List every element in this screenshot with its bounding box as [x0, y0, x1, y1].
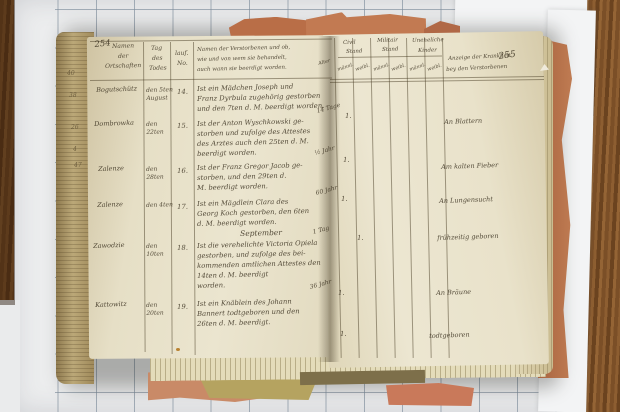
header-group-civil: Civil: [343, 40, 356, 46]
header-group-uneheliche: Kinder: [418, 48, 437, 54]
header-group-uneheliche: Uneheliche: [412, 37, 444, 44]
header-group-militair: Stand: [382, 47, 398, 53]
row-text-line: worden.: [197, 280, 225, 291]
row-text-line: d. M. beerdigt worden.: [197, 217, 277, 229]
row-place: Kattowitz: [95, 300, 127, 309]
fore-edge-number: 26: [71, 124, 79, 131]
fore-edge-number: 4: [73, 146, 77, 153]
month-divider: September: [240, 228, 282, 238]
row-text-line: 26ten d. M. beerdigt.: [197, 317, 271, 329]
row-place: Zawodzie: [93, 241, 125, 250]
row-date: den 4ten: [146, 201, 174, 210]
header-group-civil: Stand: [346, 49, 362, 55]
row-remark: An Blattern: [444, 117, 482, 126]
wooden-table-left-edge: [0, 0, 15, 305]
grid-mat-lower-left: [0, 300, 20, 412]
rust-stain-on-page: [176, 348, 180, 351]
row-tally: 1.: [340, 329, 347, 339]
torn-cover-bottom-right: [386, 383, 474, 406]
row-place: Zalenze: [97, 200, 123, 209]
row-place: Bogutschütz: [96, 85, 137, 94]
row-number: 17.: [177, 202, 188, 212]
row-date: den 20ten: [146, 301, 174, 318]
row-text-line: 14ten d. M. beerdigt: [197, 269, 268, 281]
row-tally: 1.: [357, 233, 364, 243]
header-no-line: lauf.: [175, 50, 188, 57]
row-place: Dombrowka: [94, 119, 134, 128]
row-place: Zalenze: [98, 164, 124, 173]
row-number: 19.: [177, 302, 188, 312]
header-date-line: des: [152, 55, 163, 62]
row-number: 16.: [177, 166, 188, 176]
header-place-line: Namen: [112, 42, 134, 50]
header-group-militair: Militair: [377, 37, 398, 44]
row-remark: todtgeboren: [429, 331, 470, 340]
fore-edge-number: 47: [74, 162, 82, 169]
row-text-line: beerdigt worden.: [197, 147, 257, 159]
row-number: 18.: [177, 243, 188, 253]
row-tally: 1.: [338, 288, 345, 298]
row-text-line: M. beerdigt worden.: [197, 181, 268, 193]
row-tally: 1.: [341, 194, 348, 204]
header-place-line: der: [118, 53, 128, 60]
header-date-line: Todes: [149, 65, 167, 72]
row-date: den 10ten: [146, 242, 174, 259]
row-number: 15.: [177, 121, 188, 131]
page-stack-bottom-shadow: [300, 370, 425, 385]
header-no-line: No.: [177, 60, 188, 67]
fore-edge-number: 38: [69, 92, 77, 99]
fore-edge-number: 40: [67, 70, 75, 77]
row-tally: 1.: [343, 155, 350, 165]
row-date: den 28ten: [146, 165, 174, 182]
left-page-number: 254: [94, 38, 111, 50]
photo-open-ledger-on-grid-mat: 40 38 26 4 47 254 Namen der Ortschaften …: [0, 0, 620, 412]
row-date: den 5ten August: [146, 86, 174, 103]
row-remark: An Bräune: [436, 288, 471, 297]
row-number: 14.: [177, 87, 188, 97]
row-date: den 22ten: [146, 120, 174, 137]
row-tally: 1.: [345, 111, 352, 121]
header-place-line: Ortschaften: [105, 62, 141, 70]
header-date-line: Tag: [151, 45, 162, 52]
